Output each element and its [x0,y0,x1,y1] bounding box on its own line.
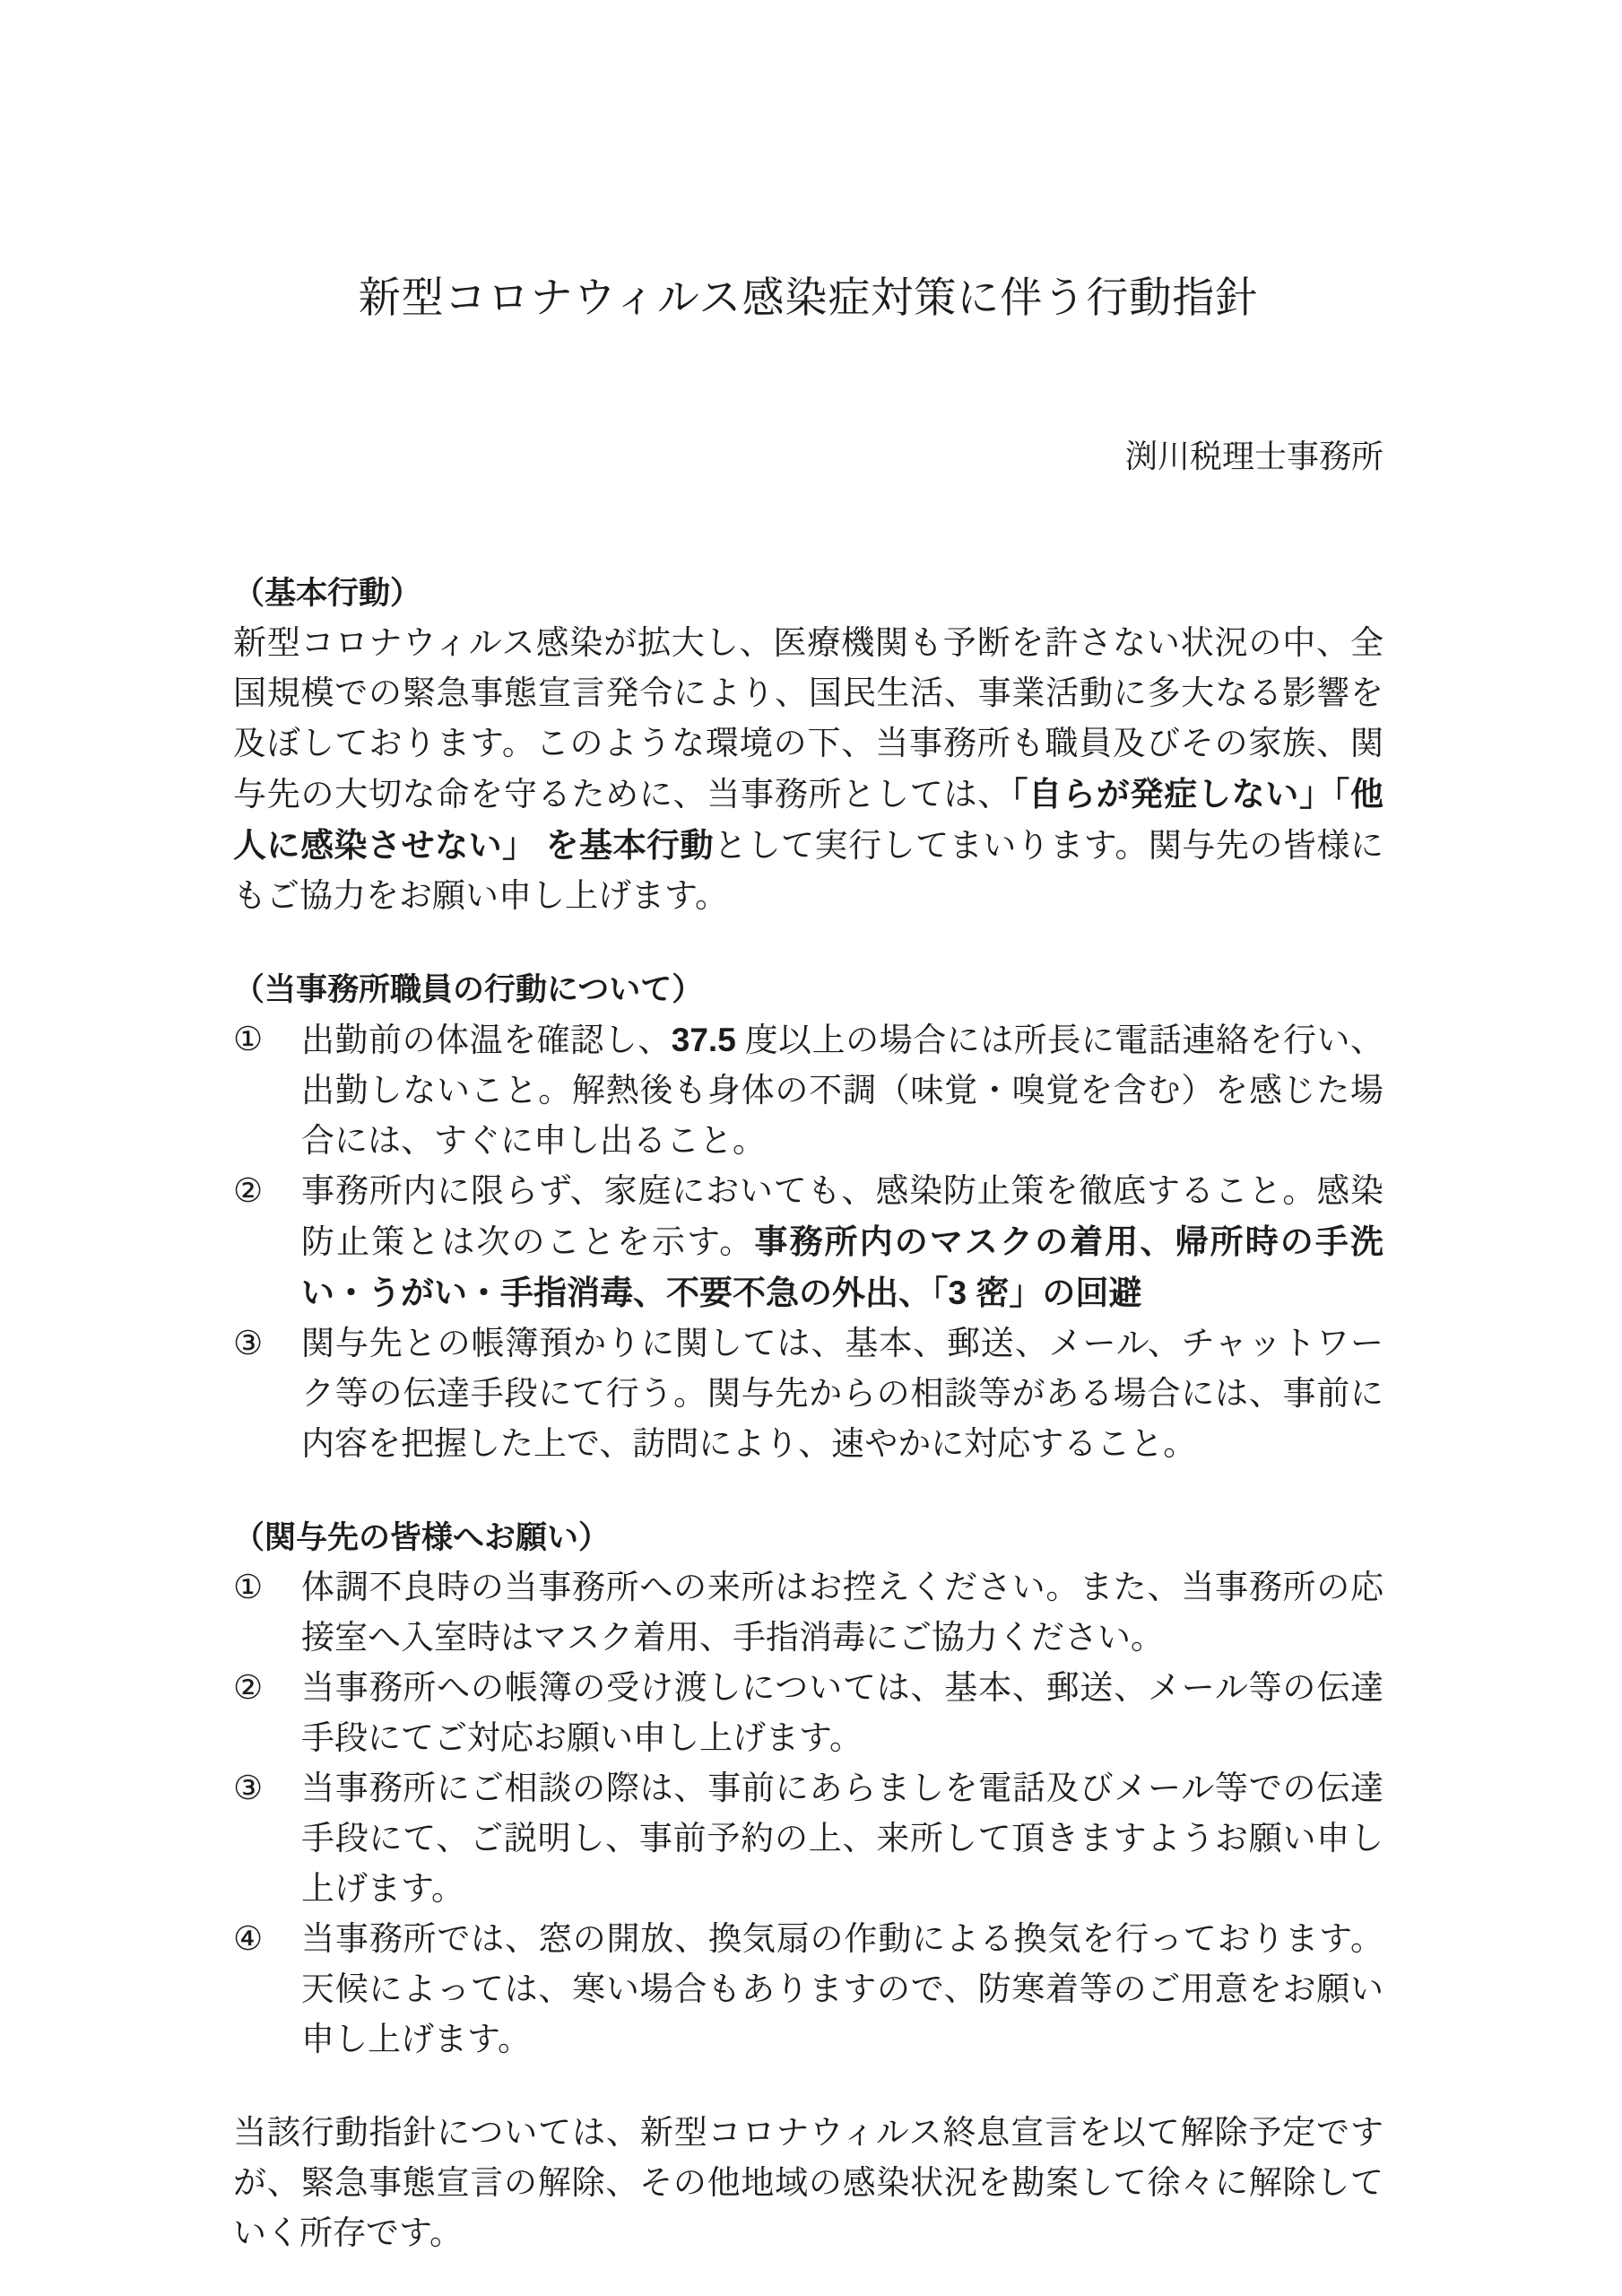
text-segment: 体調不良時の当事務所への来所はお控えください。また、当事務所の応接室へ入室時はマ… [301,1570,1383,1657]
list-item: ②事務所内に限らず、家庭においても、感染防止策を徹底すること。感染防止策とは次の… [233,1167,1383,1319]
document-page: 新型コロナウィルス感染症対策に伴う行動指針 渕川税理士事務所 （基本行動） 新型… [0,0,1622,2296]
section-staff-actions: （当事務所職員の行動について） ①出勤前の体温を確認し、37.5 度以上の場合に… [233,965,1383,1470]
clients-list: ①体調不良時の当事務所への来所はお控えください。また、当事務所の応接室へ入室時は… [233,1563,1383,2066]
list-item: ②当事務所への帳簿の受け渡しについては、基本、郵送、メール等の伝達手段にてご対応… [233,1664,1383,1764]
list-item: ①体調不良時の当事務所への来所はお控えください。また、当事務所の応接室へ入室時は… [233,1563,1383,1664]
list-item: ③当事務所にご相談の際は、事前にあらましを電話及びメール等での伝達手段にて、ご説… [233,1764,1383,1915]
item-number: ③ [233,1764,287,1814]
list-item: ③関与先との帳簿預かりに関しては、基本、郵送、メール、チャットワーク等の伝達手段… [233,1319,1383,1470]
item-number: ① [233,1015,287,1065]
office-name: 渕川税理士事務所 [233,434,1383,479]
text-segment: 当事務所では、窓の開放、換気扇の作動による換気を行っております。天候によっては、… [301,1921,1383,2058]
section-client-requests: （関与先の皆様へお願い） ①体調不良時の当事務所への来所はお控えください。また、… [233,1513,1383,2066]
staff-list: ①出勤前の体温を確認し、37.5 度以上の場合には所長に電話連絡を行い、出勤しな… [233,1015,1383,1470]
text-segment: 関与先との帳簿預かりに関しては、基本、郵送、メール、チャットワーク等の伝達手段に… [301,1326,1383,1463]
item-number: ② [233,1167,287,1217]
text-segment: 当事務所への帳簿の受け渡しについては、基本、郵送、メール等の伝達手段にてご対応お… [301,1670,1383,1757]
text-segment-bold: 37.5 [672,1022,736,1058]
list-item: ①出勤前の体温を確認し、37.5 度以上の場合には所長に電話連絡を行い、出勤しな… [233,1015,1383,1167]
basic-paragraph: 新型コロナウィルス感染が拡大し、医療機関も予断を許さない状況の中、全国規模での緊… [233,619,1383,922]
closing-paragraph: 当該行動指針については、新型コロナウィルス終息宣言を以て解除予定ですが、緊急事態… [233,2109,1383,2259]
text-segment: 当事務所にご相談の際は、事前にあらましを電話及びメール等での伝達手段にて、ご説明… [301,1770,1383,1908]
section-heading-clients: （関与先の皆様へお願い） [233,1513,1383,1563]
document-title: 新型コロナウィルス感染症対策に伴う行動指針 [233,267,1383,330]
section-basic-actions: （基本行動） 新型コロナウィルス感染が拡大し、医療機関も予断を許さない状況の中、… [233,569,1383,922]
text-segment: 出勤前の体温を確認し、 [301,1022,672,1059]
item-number: ① [233,1563,287,1613]
list-item: ④当事務所では、窓の開放、換気扇の作動による換気を行っております。天候によっては… [233,1915,1383,2066]
section-heading-staff: （当事務所職員の行動について） [233,965,1383,1015]
section-heading-basic: （基本行動） [233,569,1383,619]
item-number: ④ [233,1915,287,1965]
item-number: ② [233,1664,287,1714]
item-number: ③ [233,1319,287,1370]
